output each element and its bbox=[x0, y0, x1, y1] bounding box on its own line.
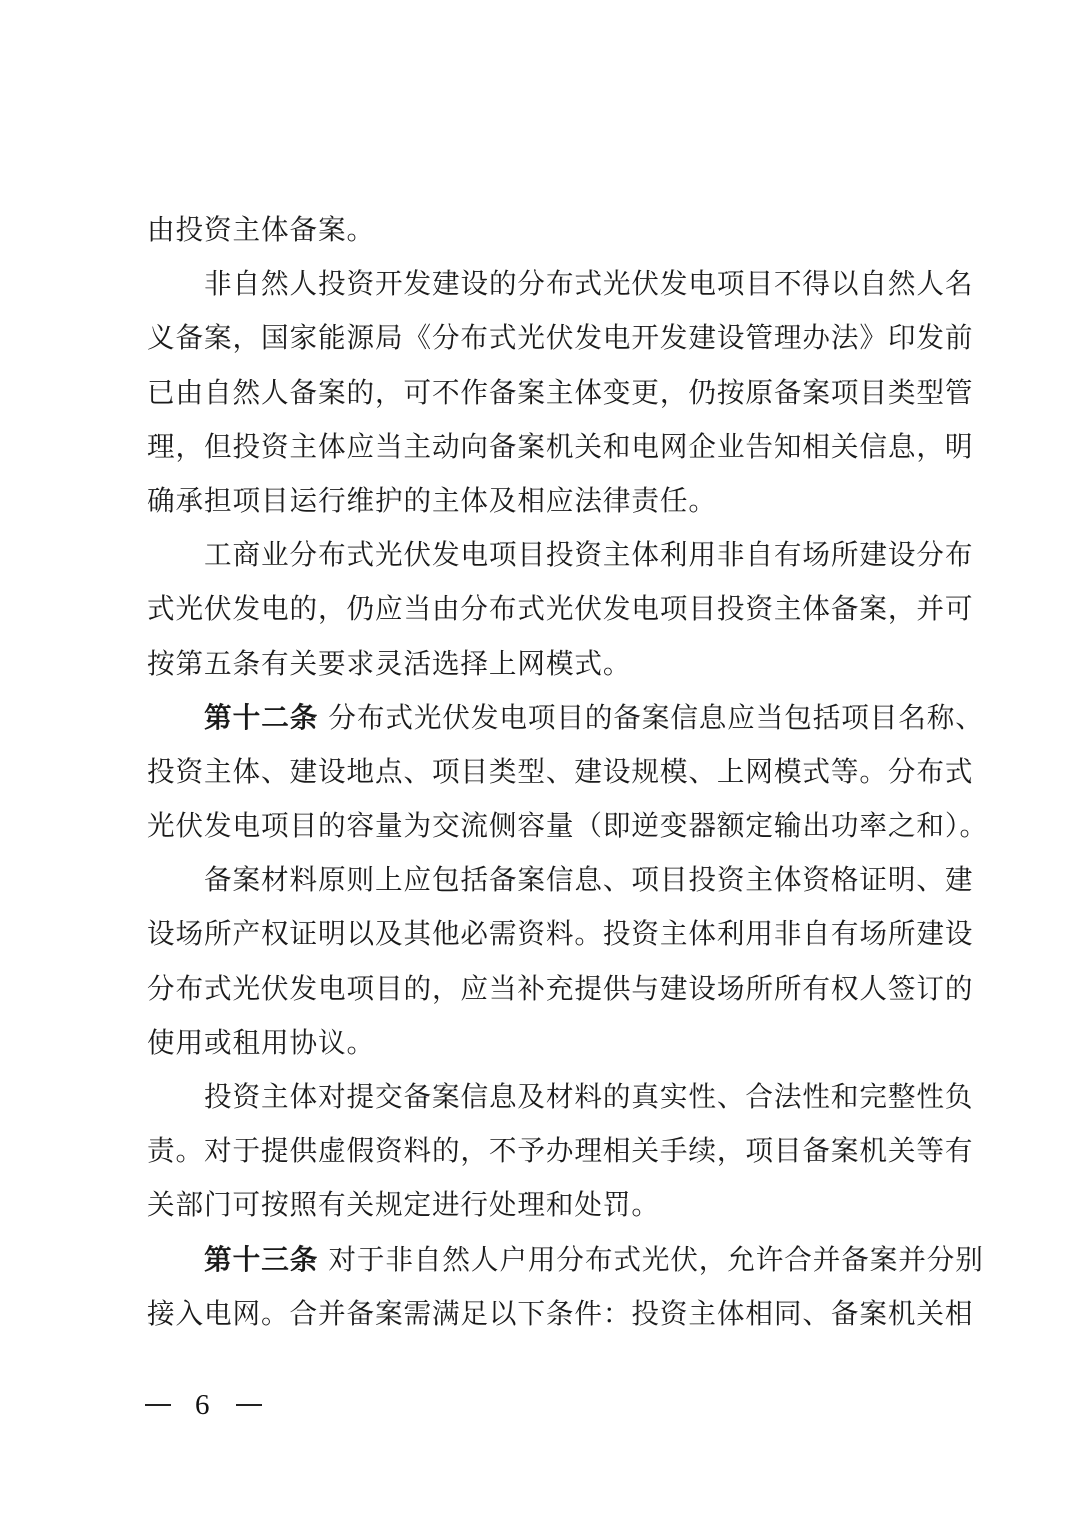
dash-right bbox=[236, 1404, 262, 1406]
page-footer: 6 bbox=[145, 1390, 262, 1420]
article-12-first-line: 第十二条分布式光伏发电项目的备案信息应当包括项目名称、 bbox=[147, 691, 945, 745]
text-line: 已由自然人备案的，可不作备案主体变更，仍按原备案项目类型管 bbox=[147, 366, 945, 420]
document-page: 由投资主体备案。 非自然人投资开发建设的分布式光伏发电项目不得以自然人名 义备案… bbox=[0, 0, 1080, 1527]
text-line: 理，但投资主体应当主动向备案机关和电网企业告知相关信息，明 bbox=[147, 420, 945, 474]
text-line: 确承担项目运行维护的主体及相应法律责任。 bbox=[147, 474, 945, 528]
text-line: 由投资主体备案。 bbox=[147, 203, 945, 257]
text-line: 工商业分布式光伏发电项目投资主体利用非自有场所建设分布 bbox=[147, 528, 945, 582]
dash-left bbox=[145, 1404, 171, 1406]
text-line: 接入电网。合并备案需满足以下条件：投资主体相同、备案机关相 bbox=[147, 1287, 945, 1341]
text-line: 责。对于提供虚假资料的，不予办理相关手续，项目备案机关等有 bbox=[147, 1124, 945, 1178]
body-text: 由投资主体备案。 非自然人投资开发建设的分布式光伏发电项目不得以自然人名 义备案… bbox=[147, 203, 945, 1341]
text-line: 分布式光伏发电项目的，应当补充提供与建设场所所有权人签订的 bbox=[147, 962, 945, 1016]
text-line: 备案材料原则上应包括备案信息、项目投资主体资格证明、建 bbox=[147, 853, 945, 907]
article-13-text: 对于非自然人户用分布式光伏，允许合并备案并分别 bbox=[328, 1243, 983, 1276]
text-line: 义备案，国家能源局《分布式光伏发电开发建设管理办法》印发前 bbox=[147, 311, 945, 365]
article-13-first-line: 第十三条对于非自然人户用分布式光伏，允许合并备案并分别 bbox=[147, 1233, 945, 1287]
text-line: 使用或租用协议。 bbox=[147, 1016, 945, 1070]
article-12-heading: 第十二条 bbox=[204, 701, 318, 734]
text-line: 投资主体对提交备案信息及材料的真实性、合法性和完整性负 bbox=[147, 1070, 945, 1124]
text-line: 关部门可按照有关规定进行处理和处罚。 bbox=[147, 1178, 945, 1232]
text-line: 式光伏发电的，仍应当由分布式光伏发电项目投资主体备案，并可 bbox=[147, 582, 945, 636]
article-12-text: 分布式光伏发电项目的备案信息应当包括项目名称、 bbox=[328, 701, 983, 734]
text-line: 按第五条有关要求灵活选择上网模式。 bbox=[147, 637, 945, 691]
text-line: 投资主体、建设地点、项目类型、建设规模、上网模式等。分布式 bbox=[147, 745, 945, 799]
text-line: 光伏发电项目的容量为交流侧容量（即逆变器额定输出功率之和）。 bbox=[147, 799, 945, 853]
text-line: 非自然人投资开发建设的分布式光伏发电项目不得以自然人名 bbox=[147, 257, 945, 311]
article-13-heading: 第十三条 bbox=[204, 1243, 318, 1276]
page-number: 6 bbox=[195, 1389, 210, 1422]
text-line: 设场所产权证明以及其他必需资料。投资主体利用非自有场所建设 bbox=[147, 907, 945, 961]
